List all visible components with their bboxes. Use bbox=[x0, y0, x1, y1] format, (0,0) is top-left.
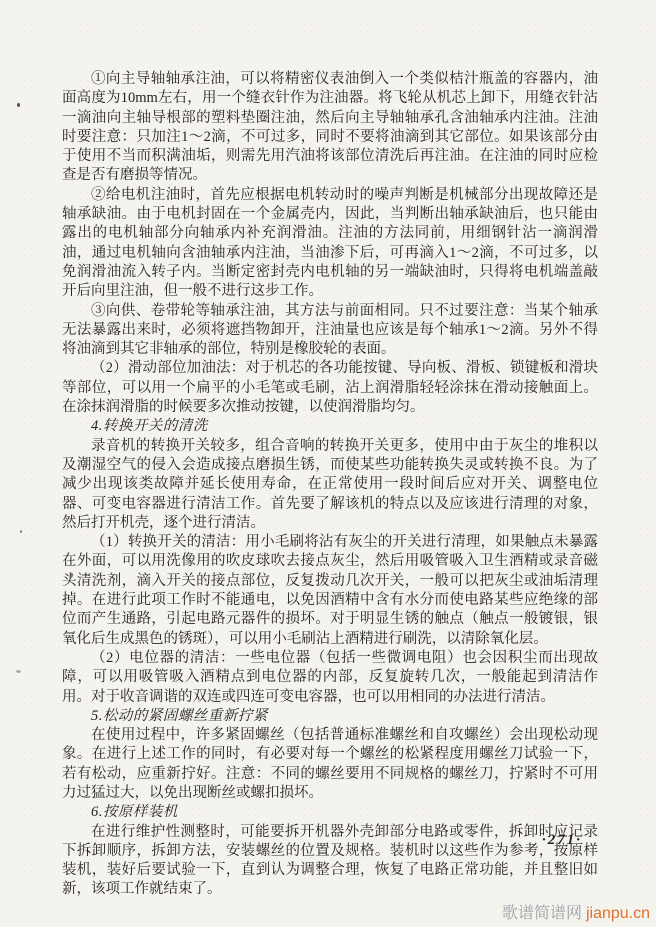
watermark-site-url: jianpu.cn bbox=[586, 905, 650, 922]
scan-speck bbox=[16, 670, 21, 673]
body-paragraph: 录音机的转换开关较多，组合音响的转换开关更多，使用中由于灰尘的堆积以及潮湿空气的… bbox=[62, 437, 598, 533]
document-body: ①向主导轴轴承注油，可以将精密仪表油倒入一个类似桔汁瓶盖的容器内，油面高度为10… bbox=[62, 70, 598, 900]
scan-speck bbox=[17, 103, 20, 107]
scan-speck bbox=[20, 530, 22, 533]
watermark: 歌谱简谱网jianpu.cn bbox=[502, 900, 650, 923]
body-paragraph: 在进行维护性测整时，可能要拆开机器外壳卸部分电路或零件，拆卸时应记录下拆卸顺序，… bbox=[62, 823, 598, 900]
section-heading: 5.松动的紧固螺丝重新拧紧 bbox=[62, 707, 598, 726]
body-paragraph: （1）转换开关的清洁：用小毛刷将沾有灰尘的开关进行清理，如果触点未暴露在外面，可… bbox=[62, 533, 598, 649]
body-paragraph: （2）滑动部位加油法：对于机芯的各功能按键、导向板、滑板、锁键板和滑块等部位，可… bbox=[62, 359, 598, 417]
section-heading: 6.按原样装机 bbox=[62, 803, 598, 822]
scan-speck bbox=[291, 861, 293, 863]
body-paragraph: 在使用过程中，许多紧固螺丝（包括普通标准螺丝和自攻螺丝）会出现松动现象。在进行上… bbox=[62, 726, 598, 803]
body-paragraph: ①向主导轴轴承注油，可以将精密仪表油倒入一个类似桔汁瓶盖的容器内，油面高度为10… bbox=[62, 70, 598, 186]
watermark-site-name: 歌谱简谱网 bbox=[502, 905, 582, 922]
page-number: ·271· bbox=[542, 832, 582, 849]
scanned-page: ①向主导轴轴承注油，可以将精密仪表油倒入一个类似桔汁瓶盖的容器内，油面高度为10… bbox=[0, 0, 656, 927]
body-paragraph: ③向供、卷带轮等轴承注油，其方法与前面相同。只不过要注意：当某个轴承无法暴露出来… bbox=[62, 302, 598, 360]
scan-speck bbox=[417, 367, 419, 369]
body-paragraph: ②给电机注油时，首先应根据电机转动时的噪声判断是机械部分出现故障还是轴承缺油。由… bbox=[62, 186, 598, 302]
body-paragraph: （2）电位器的清洁：一些电位器（包括一些微调电阻）也会因积尘而出现故障，可以用吸… bbox=[62, 649, 598, 707]
section-heading: 4.转换开关的清洗 bbox=[62, 417, 598, 436]
